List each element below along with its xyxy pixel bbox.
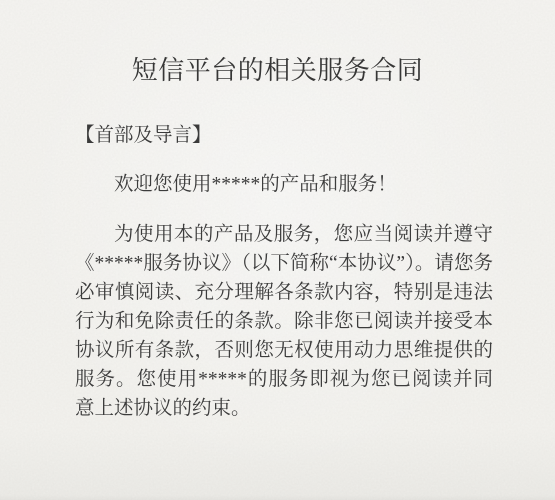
contract-document: 短信平台的相关服务合同 【首部及导言】 欢迎您使用*****的产品和服务！ 为使… (0, 0, 555, 500)
paragraph-terms: 为使用本的产品及服务，您应当阅读并遵守《*****服务协议》（以下简称“本协议”… (75, 220, 493, 423)
document-title: 短信平台的相关服务合同 (0, 0, 555, 84)
section-header-preamble: 【首部及导言】 (75, 126, 493, 146)
page: { "page": { "background_color": "#f7f6f2… (0, 0, 555, 500)
document-body: 【首部及导言】 欢迎您使用*****的产品和服务！ 为使用本的产品及服务，您应当… (75, 126, 493, 423)
paragraph-welcome: 欢迎您使用*****的产品和服务！ (75, 170, 493, 199)
